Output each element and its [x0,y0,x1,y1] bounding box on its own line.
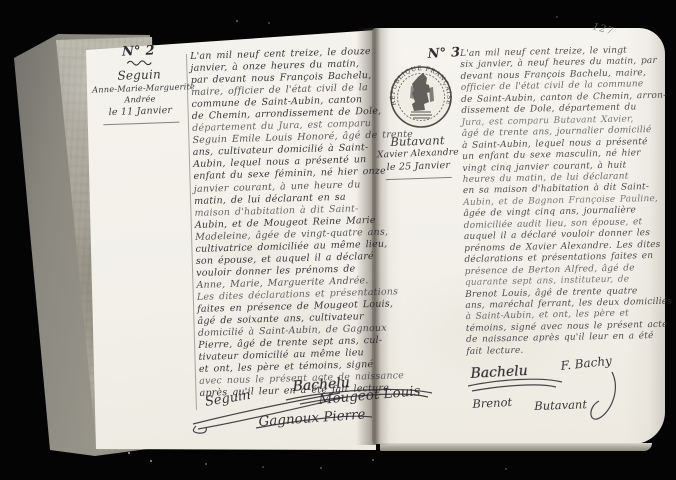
left-act-text: L'an mil neuf cent treize, le douzejanvi… [190,46,384,400]
revenue-stamp: RÉPUBLIQUE FRANÇAISE [385,58,457,134]
flourish-squiggle-icon [126,59,152,67]
margin-given-names-2: Andrée [92,92,187,105]
signature-witness-right: Brenot [472,395,512,411]
margin-given-names: Xavier Alexandre [372,147,464,160]
act-number: N° 2 [91,42,186,60]
left-margin-annotation: N° 2 Seguin Anne-Marie-Marguerite Andrée… [91,42,189,125]
dust-specks [0,0,2,2]
margin-date: le 11 Janvier [93,104,188,118]
signature-father-right: Butavant [534,397,587,413]
signature-mayor-right: Bachelu [470,363,528,382]
scanned-register-spread: N° 2 Seguin Anne-Marie-Marguerite Andrée… [0,0,676,480]
right-margin-annotation: Butavant Xavier Alexandre le 25 Janvier [371,130,465,180]
right-act-text: L'an mil neuf cent treize, le vingtsix j… [460,45,664,358]
margin-date: le 25 Janvier [372,159,464,173]
book-block-bottom-edge [380,443,652,451]
